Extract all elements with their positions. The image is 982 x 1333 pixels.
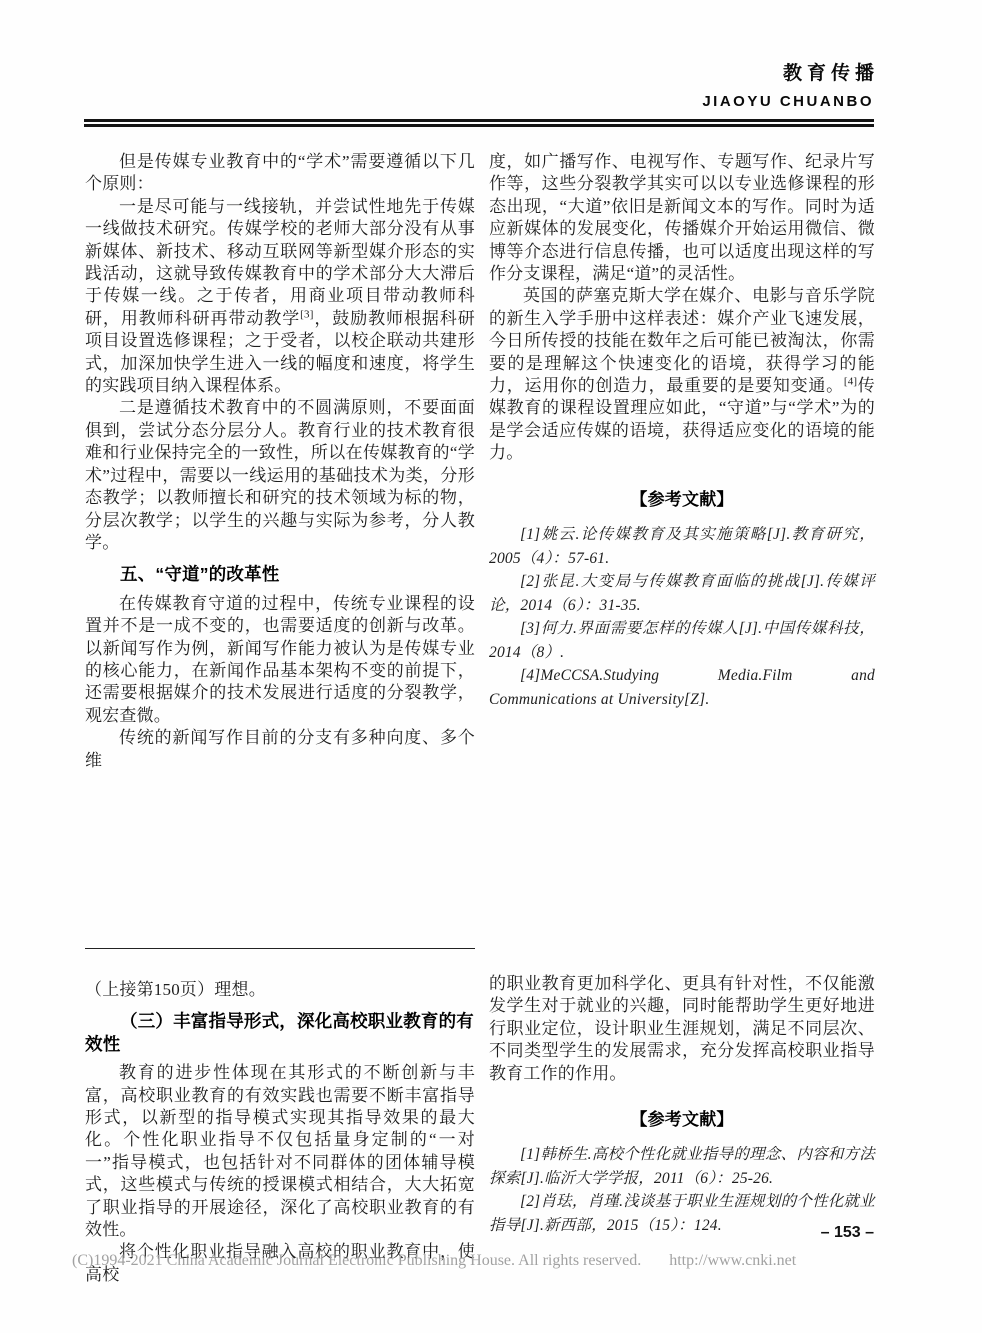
- body-paragraph: 在传媒教育守道的过程中，传统专业课程的设置并不是一成不变的，也需要适度的创新与改…: [85, 593, 475, 727]
- journal-masthead: 教育传播 JIAOYU CHUANBO: [702, 58, 874, 110]
- references-heading: 【参考文献】: [489, 1109, 875, 1131]
- masthead-rule: [84, 119, 874, 129]
- article1-right-column: 度，如广播写作、电视写作、专题写作、纪录片写作等，这些分裂教学其实可以以专业选修…: [489, 151, 875, 711]
- body-paragraph: 英国的萨塞克斯大学在媒介、电影与音乐学院的新生入学手册中这样表述：媒介产业飞速发…: [489, 285, 875, 464]
- continuation-note: （上接第150页）理想。: [85, 979, 475, 1001]
- reference-item: [1]姚云.论传媒教育及其实施策略[J].教育研究，2005（4）：57-61.: [489, 523, 875, 570]
- reference-item: [4]MeCCSA.Studying Media.Film and Commun…: [489, 664, 875, 711]
- rule-line: [84, 124, 874, 127]
- section-heading: 五、“守道”的改革性: [85, 563, 475, 585]
- article1-left-column: 但是传媒专业教育中的“学术”需要遵循以下几个原则： 一是尽可能与一线接轨，并尝试…: [85, 151, 475, 772]
- body-paragraph: 教育的进步性体现在其形式的不断创新与丰富，高校职业教育的有效实践也需要不断丰富指…: [85, 1062, 475, 1241]
- continuation-rule: [85, 948, 475, 949]
- reference-item: [3]何力.界面需要怎样的传媒人[J].中国传媒科技，2014（8）.: [489, 617, 875, 664]
- cnki-url: http://www.cnki.net: [669, 1252, 796, 1269]
- body-paragraph: 但是传媒专业教育中的“学术”需要遵循以下几个原则：: [85, 151, 475, 196]
- copyright-text: (C)1994-2021 China Academic Journal Elec…: [72, 1252, 641, 1269]
- journal-title-pinyin: JIAOYU CHUANBO: [702, 93, 874, 110]
- reference-item: [2]张昆.大变局与传媒教育面临的挑战[J].传媒评论，2014（6）：31-3…: [489, 570, 875, 617]
- article2-right-column: 的职业教育更加科学化、更具有针对性，不仅能激发学生对于就业的兴趣，同时能帮助学生…: [489, 973, 875, 1237]
- body-paragraph: 一是尽可能与一线接轨，并尝试性地先于传媒一线做技术研究。传媒学校的老师大部分没有…: [85, 196, 475, 398]
- rule-line: [84, 119, 874, 122]
- references-heading: 【参考文献】: [489, 489, 875, 511]
- journal-title-chinese: 教育传播: [702, 58, 879, 85]
- body-paragraph: 度，如广播写作、电视写作、专题写作、纪录片写作等，这些分裂教学其实可以以专业选修…: [489, 151, 875, 285]
- body-paragraph: 传统的新闻写作目前的分支有多种向度、多个维: [85, 727, 475, 772]
- journal-page: 教育传播 JIAOYU CHUANBO 但是传媒专业教育中的“学术”需要遵循以下…: [0, 0, 982, 1333]
- citation-superscript: [3]: [300, 308, 313, 320]
- body-paragraph: 的职业教育更加科学化、更具有针对性，不仅能激发学生对于就业的兴趣，同时能帮助学生…: [489, 973, 875, 1085]
- reference-item: [2]肖珐，肖瑾.浅谈基于职业生涯规划的个性化就业指导[J].新西部，2015（…: [489, 1190, 875, 1237]
- copyright-line: (C)1994-2021 China Academic Journal Elec…: [72, 1252, 912, 1270]
- article2-left-column: （上接第150页）理想。 （三）丰富指导形式，深化高校职业教育的有效性 教育的进…: [85, 948, 475, 1286]
- paragraph-text: 英国的萨塞克斯大学在媒介、电影与音乐学院的新生入学手册中这样表述：媒介产业飞速发…: [489, 286, 875, 395]
- body-paragraph: 二是遵循技术教育中的不圆满原则，不要面面俱到，尝试分态分层分人。教育行业的技术教…: [85, 397, 475, 554]
- section-heading: （三）丰富指导形式，深化高校职业教育的有效性: [85, 1010, 475, 1055]
- reference-item: [1]韩桥生.高校个性化就业指导的理念、内容和方法探索[J].临沂大学学报，20…: [489, 1143, 875, 1190]
- citation-superscript: [4]: [844, 375, 857, 387]
- page-number: – 153 –: [821, 1224, 874, 1242]
